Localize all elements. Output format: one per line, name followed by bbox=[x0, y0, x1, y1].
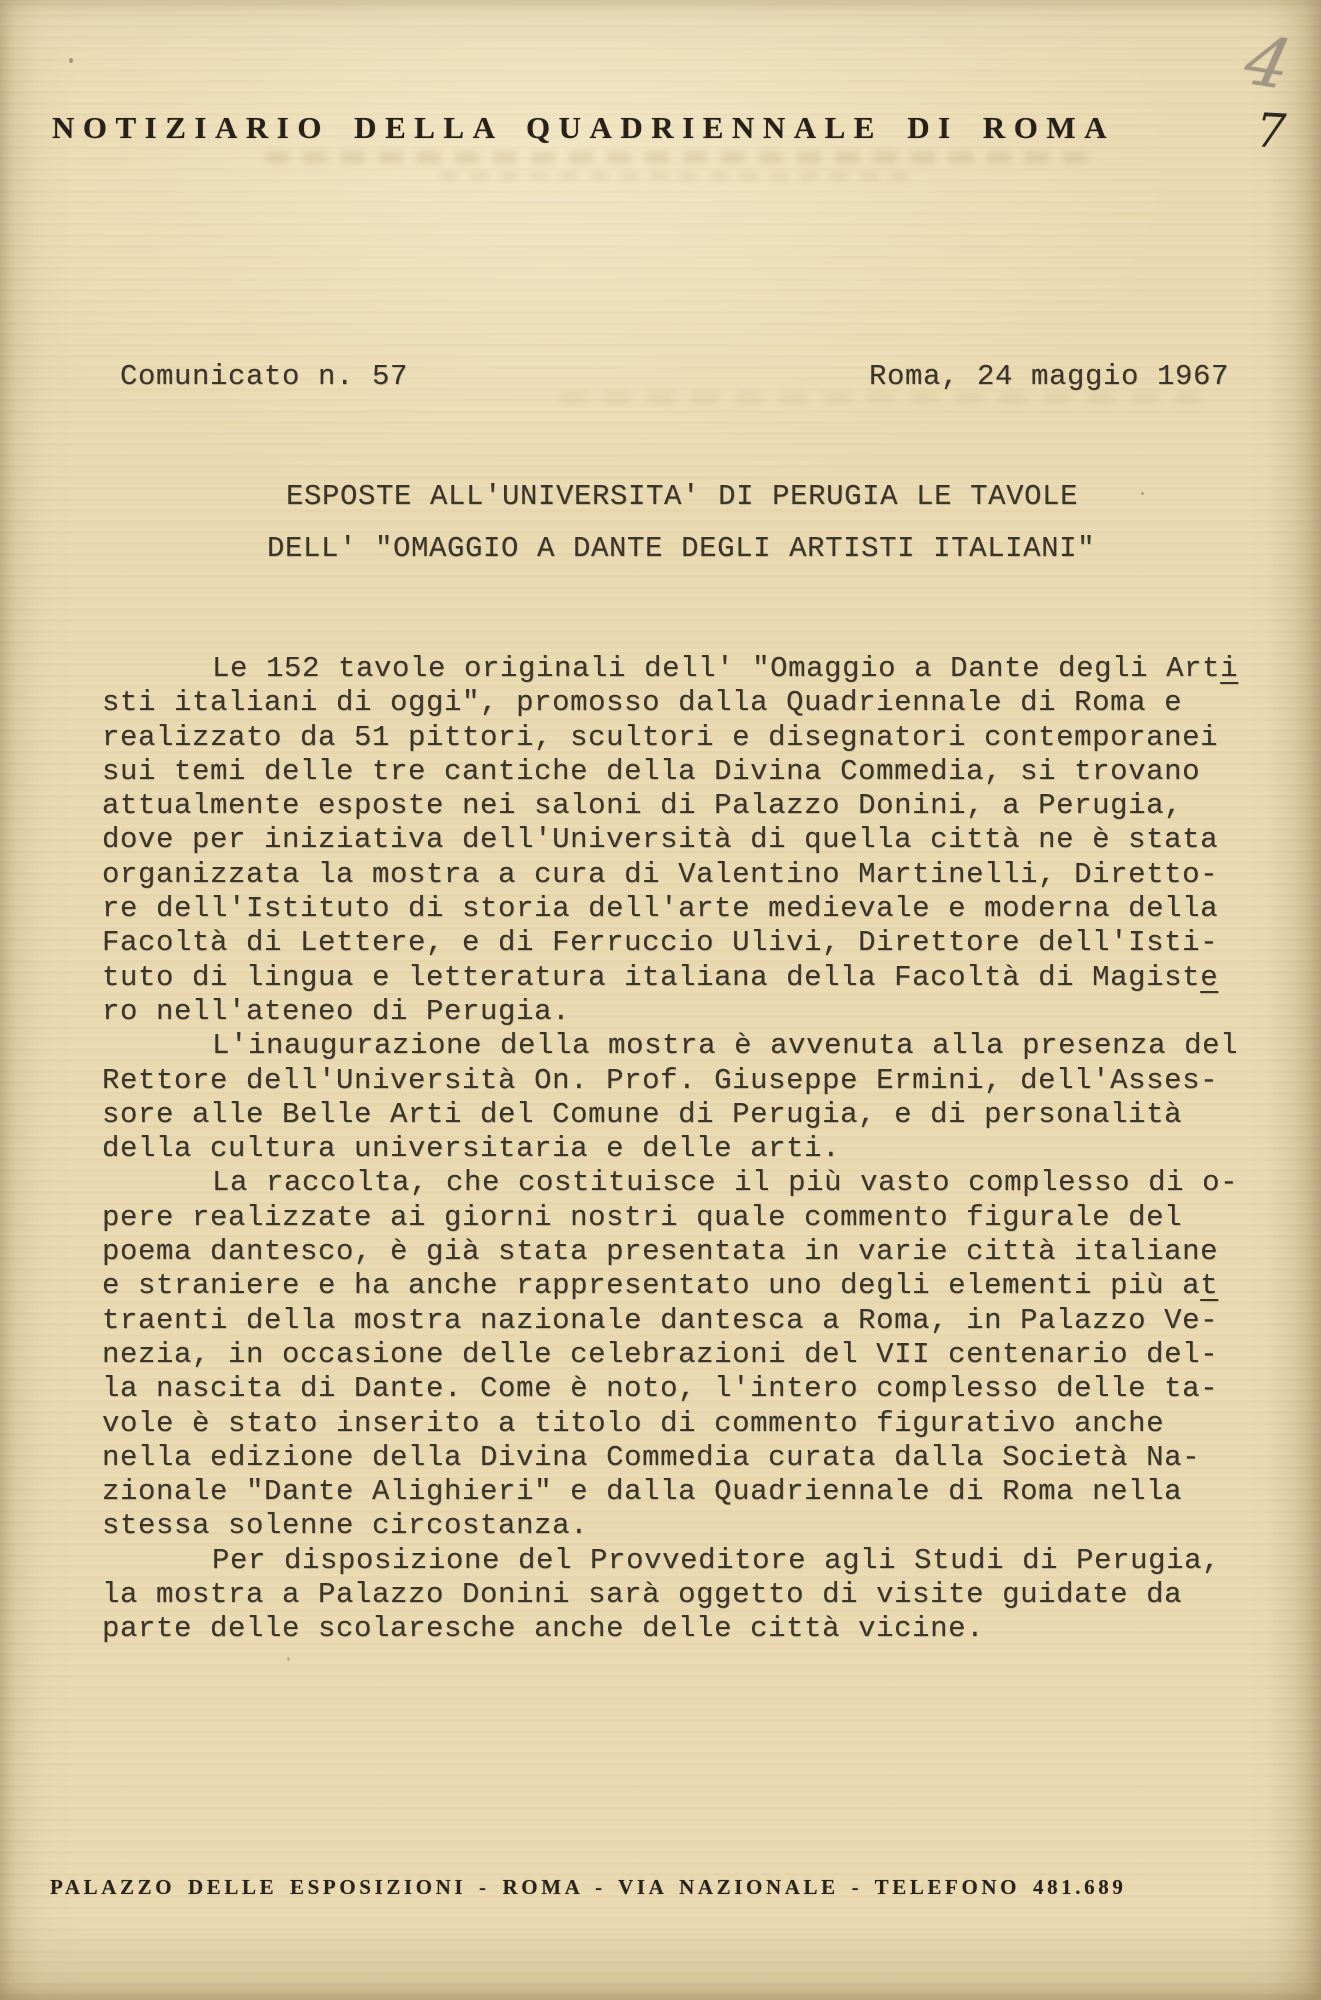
body-text: Le 152 tavole originali dell' "Omaggio a… bbox=[102, 652, 1262, 1647]
body-line: stessa solenne circostanza. bbox=[102, 1509, 1262, 1543]
body-line: sui temi delle tre cantiche della Divina… bbox=[102, 755, 1262, 789]
body-line-text: stessa solenne circostanza. bbox=[102, 1509, 588, 1542]
body-line-text: della cultura universitaria e delle arti… bbox=[102, 1132, 840, 1165]
body-line-text: zionale "Dante Alighieri" e dalla Quadri… bbox=[102, 1475, 1182, 1508]
body-line-text: poema dantesco, è già stata presentata i… bbox=[102, 1235, 1218, 1268]
dateline: Roma, 24 maggio 1967 bbox=[869, 360, 1229, 394]
body-line: la nascita di Dante. Come è noto, l'inte… bbox=[102, 1372, 1262, 1406]
body-line-text: sore alle Belle Arti del Comune di Perug… bbox=[102, 1098, 1182, 1131]
handwritten-ink-number: 7 bbox=[1255, 107, 1287, 156]
body-line: re dell'Istituto di storia dell'arte med… bbox=[102, 892, 1262, 926]
body-line-text: ro nell'ateneo di Perugia. bbox=[102, 995, 570, 1028]
bleedthrough-smudge bbox=[440, 171, 920, 181]
document-title-line-1: ESPOSTE ALL'UNIVERSITA' DI PERUGIA LE TA… bbox=[286, 480, 1078, 514]
body-line-text: la mostra a Palazzo Donini sarà oggetto … bbox=[102, 1578, 1182, 1611]
body-line: realizzato da 51 pittori, scultori e dis… bbox=[102, 721, 1262, 755]
body-line: nezia, in occasione delle celebrazioni d… bbox=[102, 1338, 1262, 1372]
body-line: poema dantesco, è già stata presentata i… bbox=[102, 1235, 1262, 1269]
body-line-text: re dell'Istituto di storia dell'arte med… bbox=[102, 892, 1218, 925]
body-line: Facoltà di Lettere, e di Ferruccio Ulivi… bbox=[102, 926, 1262, 960]
body-line-text: attualmente esposte nei saloni di Palazz… bbox=[102, 789, 1182, 822]
body-line: zionale "Dante Alighieri" e dalla Quadri… bbox=[102, 1475, 1262, 1509]
handwritten-pencil-number: 4 bbox=[1239, 27, 1297, 100]
body-line: nella edizione della Divina Commedia cur… bbox=[102, 1441, 1262, 1475]
body-line: parte delle scolaresche anche delle citt… bbox=[102, 1612, 1262, 1646]
body-line-text: Le 152 tavole originali dell' "Omaggio a… bbox=[212, 652, 1220, 685]
body-line-text: tuto di lingua e letteratura italiana de… bbox=[102, 961, 1200, 994]
body-line-text: sui temi delle tre cantiche della Divina… bbox=[102, 755, 1200, 788]
bleedthrough-smudge bbox=[265, 151, 1095, 164]
body-line: pere realizzate ai giorni nostri quale c… bbox=[102, 1201, 1262, 1235]
hyphenation-underline: t bbox=[1200, 1269, 1218, 1302]
body-line: La raccolta, che costituisce il più vast… bbox=[102, 1166, 1262, 1200]
body-line-text: dove per iniziativa dell'Università di q… bbox=[102, 823, 1218, 856]
body-line-text: la nascita di Dante. Come è noto, l'inte… bbox=[102, 1372, 1218, 1405]
paper-speck bbox=[1141, 492, 1144, 495]
body-line: organizzata la mostra a cura di Valentin… bbox=[102, 858, 1262, 892]
body-line: la mostra a Palazzo Donini sarà oggetto … bbox=[102, 1578, 1262, 1612]
body-line: della cultura universitaria e delle arti… bbox=[102, 1132, 1262, 1166]
body-line: Le 152 tavole originali dell' "Omaggio a… bbox=[102, 652, 1262, 686]
document-title-line-2: DELL' "OMAGGIO A DANTE DEGLI ARTISTI ITA… bbox=[267, 532, 1095, 566]
body-line-text: nezia, in occasione delle celebrazioni d… bbox=[102, 1338, 1218, 1371]
body-line: traenti della mostra nazionale dantesca … bbox=[102, 1304, 1262, 1338]
paper-speck bbox=[69, 58, 73, 63]
hyphenation-underline: i bbox=[1220, 652, 1238, 685]
body-line: dove per iniziativa dell'Università di q… bbox=[102, 823, 1262, 857]
body-line: Rettore dell'Università On. Prof. Giusep… bbox=[102, 1064, 1262, 1098]
communique-number: Comunicato n. 57 bbox=[120, 360, 408, 394]
body-line-text: L'inaugurazione della mostra è avvenuta … bbox=[212, 1029, 1238, 1062]
scanned-press-release-page: NOTIZIARIO DELLA QUADRIENNALE DI ROMA 4 … bbox=[0, 0, 1321, 2000]
body-line: L'inaugurazione della mostra è avvenuta … bbox=[102, 1029, 1262, 1063]
paper-speck bbox=[287, 1657, 290, 1661]
body-line-text: organizzata la mostra a cura di Valentin… bbox=[102, 858, 1218, 891]
body-line: attualmente esposte nei saloni di Palazz… bbox=[102, 789, 1262, 823]
footer-address-line: PALAZZO DELLE ESPOSIZIONI - ROMA - VIA N… bbox=[50, 1872, 1126, 1902]
body-line-text: vole è stato inserito a titolo di commen… bbox=[102, 1407, 1164, 1440]
body-line: vole è stato inserito a titolo di commen… bbox=[102, 1407, 1262, 1441]
body-line-text: pere realizzate ai giorni nostri quale c… bbox=[102, 1201, 1182, 1234]
body-line: sti italiani di oggi", promosso dalla Qu… bbox=[102, 686, 1262, 720]
body-line: ro nell'ateneo di Perugia. bbox=[102, 995, 1262, 1029]
masthead-title: NOTIZIARIO DELLA QUADRIENNALE DI ROMA bbox=[52, 110, 1115, 146]
body-line: tuto di lingua e letteratura italiana de… bbox=[102, 961, 1262, 995]
body-line-text: Facoltà di Lettere, e di Ferruccio Ulivi… bbox=[102, 926, 1218, 959]
body-line-text: parte delle scolaresche anche delle citt… bbox=[102, 1612, 984, 1645]
body-line-text: e straniere e ha anche rappresentato uno… bbox=[102, 1269, 1200, 1302]
body-line-text: sti italiani di oggi", promosso dalla Qu… bbox=[102, 686, 1182, 719]
body-line-text: Per disposizione del Provveditore agli S… bbox=[212, 1544, 1220, 1577]
body-line-text: traenti della mostra nazionale dantesca … bbox=[102, 1304, 1218, 1337]
body-line-text: La raccolta, che costituisce il più vast… bbox=[212, 1166, 1238, 1199]
body-line-text: nella edizione della Divina Commedia cur… bbox=[102, 1441, 1200, 1474]
body-line-text: Rettore dell'Università On. Prof. Giusep… bbox=[102, 1064, 1218, 1097]
body-line: sore alle Belle Arti del Comune di Perug… bbox=[102, 1098, 1262, 1132]
body-line: Per disposizione del Provveditore agli S… bbox=[102, 1544, 1262, 1578]
hyphenation-underline: e bbox=[1200, 961, 1218, 994]
body-line: e straniere e ha anche rappresentato uno… bbox=[102, 1269, 1262, 1303]
body-line-text: realizzato da 51 pittori, scultori e dis… bbox=[102, 721, 1218, 754]
